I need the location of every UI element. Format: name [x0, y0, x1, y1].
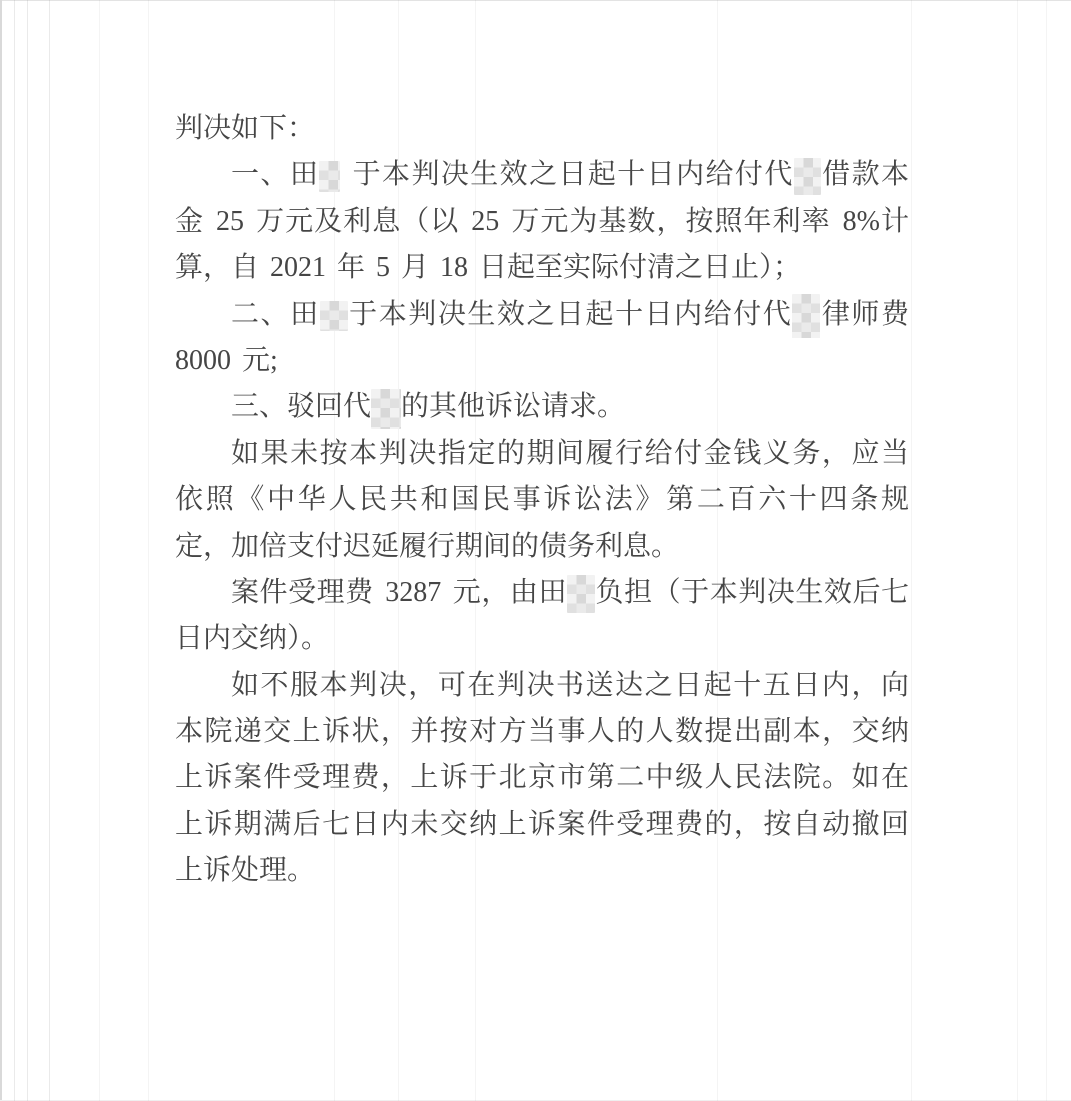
text-line: 依照《中华人民共和国民事诉讼法》第二百六十四条规 — [175, 477, 909, 523]
redaction-mosaic — [371, 389, 401, 429]
text-line: 8000 元; — [175, 338, 909, 384]
scan-artifact-line — [1046, 0, 1047, 1101]
text-line: 定，加倍支付迟延履行期间的债务利息。 — [175, 524, 909, 570]
text-line: 二、田于本判决生效之日起十日内给付代律师费 — [175, 292, 909, 338]
redaction-mosaic — [320, 301, 348, 331]
redaction-mosaic — [567, 575, 595, 613]
scan-artifact-line — [1017, 0, 1018, 1101]
redaction-mosaic — [319, 161, 340, 192]
scan-edge-top — [0, 0, 1071, 1]
text-line: 如果未按本判决指定的期间履行给付金钱义务，应当 — [175, 431, 909, 477]
scanned-judgment-page: 判决如下：一、田 于本判决生效之日起十日内给付代借款本金 25 万元及利息（以 … — [0, 0, 1071, 1101]
text-line: 一、田 于本判决生效之日起十日内给付代借款本 — [175, 152, 909, 198]
scan-artifact-line — [911, 0, 912, 1101]
text-line: 日内交纳）。 — [175, 616, 909, 662]
scan-artifact-line — [14, 0, 15, 1101]
text-line: 上诉处理。 — [175, 848, 909, 894]
text-line: 上诉期满后七日内未交纳上诉案件受理费的，按自动撤回 — [175, 802, 909, 848]
text-line: 算，自 2021 年 5 月 18 日起至实际付清之日止）； — [175, 245, 909, 291]
text-line: 如不服本判决，可在判决书送达之日起十五日内，向 — [175, 663, 909, 709]
text-line: 上诉案件受理费，上诉于北京市第二中级人民法院。如在 — [175, 755, 909, 801]
text-line: 金 25 万元及利息（以 25 万元为基数，按照年利率 8%计 — [175, 199, 909, 245]
scan-edge-left — [0, 0, 2, 1101]
text-line: 判决如下： — [175, 106, 909, 152]
text-line: 案件受理费 3287 元，由田负担（于本判决生效后七 — [175, 570, 909, 616]
judgment-text-block: 判决如下：一、田 于本判决生效之日起十日内给付代借款本金 25 万元及利息（以 … — [175, 106, 909, 895]
scan-artifact-line — [148, 0, 149, 1101]
scan-artifact-line — [49, 0, 50, 1101]
text-line: 本院递交上诉状，并按对方当事人的人数提出副本，交纳 — [175, 709, 909, 755]
redaction-mosaic — [794, 158, 821, 195]
text-line: 三、驳回代的其他诉讼请求。 — [175, 384, 909, 430]
scan-artifact-line — [99, 0, 100, 1101]
scan-artifact-line — [27, 0, 28, 1101]
redaction-mosaic — [792, 294, 820, 338]
